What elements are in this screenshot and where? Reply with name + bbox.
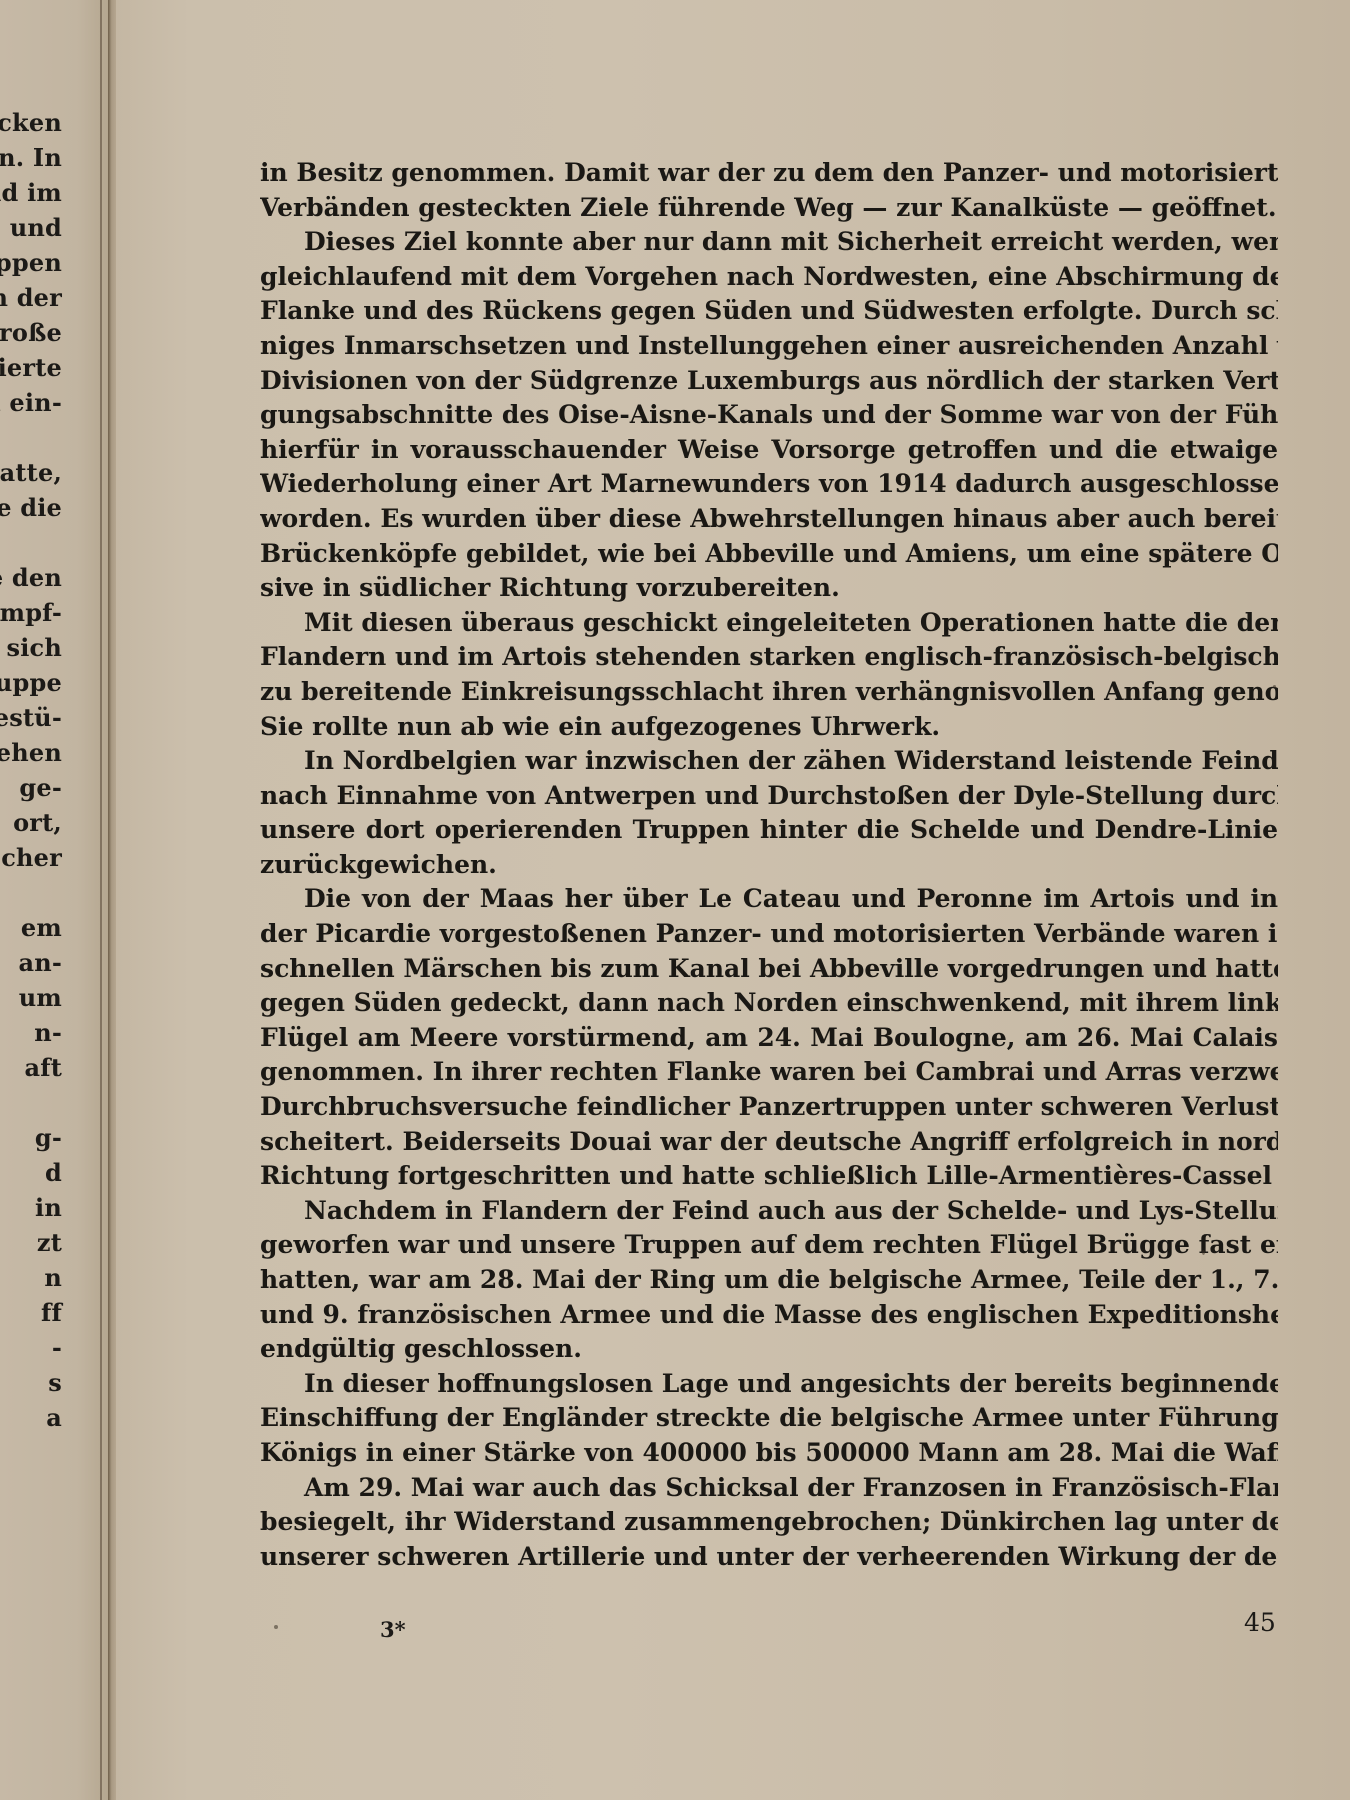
text-line: Einschiffung der Engländer streckte die …	[260, 1401, 1278, 1436]
text-line: Die von der Maas her über Le Cateau und …	[260, 882, 1278, 917]
text-line: gegen Süden gedeckt, dann nach Norden ei…	[260, 986, 1278, 1021]
text-line: Flandern und im Artois stehenden starken…	[260, 640, 1278, 675]
text-line: In dieser hoffnungslosen Lage und angesi…	[260, 1367, 1278, 1402]
left-page-text-fragment: t- und	[0, 213, 62, 242]
signature-mark: 3*	[380, 1617, 406, 1642]
text-line: unserer schweren Artillerie und unter de…	[260, 1540, 1278, 1575]
text-line: sive in südlicher Richtung vorzubereiten…	[260, 571, 1278, 606]
text-line: nach Einnahme von Antwerpen und Durchsto…	[260, 779, 1278, 814]
text-line: Brückenköpfe gebildet, wie bei Abbeville…	[260, 537, 1278, 572]
text-line: niges Inmarschsetzen und Instellunggehen…	[260, 329, 1278, 364]
left-page-text-fragment: em	[21, 913, 62, 942]
left-page-text-fragment: e den	[0, 563, 62, 592]
text-line: unsere dort operierenden Truppen hinter …	[260, 813, 1278, 848]
left-page-text-fragment: und im	[0, 178, 62, 207]
text-line: besiegelt, ihr Widerstand zusammengebroc…	[260, 1505, 1278, 1540]
left-page-text-fragment: sich	[7, 633, 63, 662]
page-number: 45	[1244, 1608, 1276, 1637]
left-page-text-fragment: aft	[24, 1053, 62, 1082]
paper-speck	[1273, 685, 1276, 688]
left-page-text-fragment: rn der	[0, 283, 62, 312]
left-page-text-fragment: cher	[1, 843, 62, 872]
left-page-text-fragment: estü-	[0, 703, 62, 732]
body-text: in Besitz genommen. Damit war der zu dem…	[260, 156, 1278, 1574]
text-line: In Nordbelgien war inzwischen der zähen …	[260, 744, 1278, 779]
text-line: hatten, war am 28. Mai der Ring um die b…	[260, 1263, 1278, 1298]
text-line: Wiederholung einer Art Marnewunders von …	[260, 467, 1278, 502]
previous-page-edge: Brückenen. Inund imt- undruppenrn dergro…	[0, 0, 110, 1800]
text-line: Flanke und des Rückens gegen Süden und S…	[260, 294, 1278, 329]
left-page-text-fragment: g-	[35, 1123, 62, 1152]
text-line: Divisionen von der Südgrenze Luxemburgs …	[260, 364, 1278, 399]
left-page-text-fragment: ehen	[0, 738, 62, 767]
text-line: Flügel am Meere vorstürmend, am 24. Mai …	[260, 1021, 1278, 1056]
left-page-text-fragment: ge-	[19, 773, 62, 802]
paper-speck	[1202, 1250, 1205, 1255]
text-line: scheitert. Beiderseits Douai war der deu…	[260, 1125, 1278, 1160]
left-page-text-fragment: um	[19, 983, 62, 1012]
text-line: der Picardie vorgestoßenen Panzer- und m…	[260, 917, 1278, 952]
left-page-text-fragment: uppe	[0, 668, 62, 697]
left-page-text-fragment: risierte	[0, 353, 62, 382]
left-page-text-fragment: n-	[34, 1018, 62, 1047]
left-page-text-fragment: a	[46, 1403, 62, 1432]
left-page-text-fragment: hatte,	[0, 458, 62, 487]
left-page-text-fragment: ruppen	[0, 248, 62, 277]
page-gutter	[108, 0, 116, 1800]
text-line: Sie rollte nun ab wie ein aufgezogenes U…	[260, 710, 1278, 745]
left-page-text-fragment: ee die	[0, 493, 62, 522]
text-line: endgültig geschlossen.	[260, 1332, 1278, 1367]
left-page-text-fragment: mpf-	[0, 598, 62, 627]
text-line: genommen. In ihrer rechten Flanke waren …	[260, 1055, 1278, 1090]
left-page-text-fragment: in	[35, 1193, 62, 1222]
text-line: hierfür in vorausschauender Weise Vorsor…	[260, 433, 1278, 468]
text-line: Königs in einer Stärke von 400000 bis 50…	[260, 1436, 1278, 1471]
left-page-text-fragment: zt	[37, 1228, 62, 1257]
left-page-text-fragment: n	[44, 1263, 62, 1292]
text-line: Dieses Ziel konnte aber nur dann mit Sic…	[260, 225, 1278, 260]
text-line: zu bereitende Einkreisungsschlacht ihren…	[260, 675, 1278, 710]
text-line: zurückgewichen.	[260, 848, 1278, 883]
text-line: schnellen Märschen bis zum Kanal bei Abb…	[260, 952, 1278, 987]
left-page-text-fragment: d	[45, 1158, 62, 1187]
text-line: Richtung fortgeschritten und hatte schli…	[260, 1159, 1278, 1194]
book-page: in Besitz genommen. Damit war der zu dem…	[116, 0, 1350, 1800]
text-line: Mit diesen überaus geschickt eingeleitet…	[260, 606, 1278, 641]
text-line: und 9. französischen Armee und die Masse…	[260, 1298, 1278, 1333]
left-page-text-fragment: an-	[18, 948, 62, 977]
left-page-text-fragment: -	[52, 1333, 62, 1362]
text-line: in Besitz genommen. Damit war der zu dem…	[260, 156, 1278, 191]
text-line: gleichlaufend mit dem Vorgehen nach Nord…	[260, 260, 1278, 295]
text-line: Am 29. Mai war auch das Schicksal der Fr…	[260, 1471, 1278, 1506]
text-line: geworfen war und unsere Truppen auf dem …	[260, 1228, 1278, 1263]
left-page-text-fragment: en. In	[0, 143, 62, 172]
left-page-text-fragment: ort,	[13, 808, 62, 837]
left-page-text-fragment: Brücken	[0, 108, 62, 137]
text-line: Nachdem in Flandern der Feind auch aus d…	[260, 1194, 1278, 1229]
binding-edge	[100, 0, 102, 1800]
left-page-text-fragment: ff	[41, 1298, 62, 1327]
text-line: gungsabschnitte des Oise-Aisne-Kanals un…	[260, 398, 1278, 433]
left-page-text-fragment: s	[48, 1368, 62, 1397]
paper-speck	[274, 1625, 278, 1629]
text-line: Verbänden gesteckten Ziele führende Weg …	[260, 191, 1278, 226]
text-line: Durchbruchsversuche feindlicher Panzertr…	[260, 1090, 1278, 1125]
text-line: worden. Es wurden über diese Abwehrstell…	[260, 502, 1278, 537]
left-page-text-fragment: n ein-	[0, 388, 62, 417]
left-page-text-fragment: große	[0, 318, 62, 347]
